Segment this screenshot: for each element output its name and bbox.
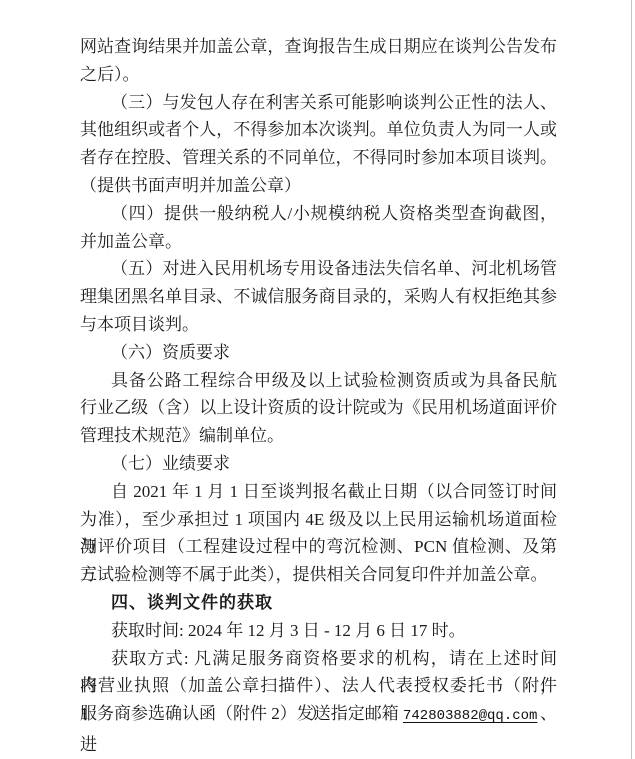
text-line: 网站查询结果并加盖公章，查询报告生成日期应在谈判公告发布 [80,33,557,61]
text-line: 管理技术规范》编制单位。 [80,422,557,450]
text-line: （三）与发包人存在利害关系可能影响谈判公正性的法人、 [80,89,557,117]
text-segment: 服务商参选确认函（附件 2）发送指定邮箱 [80,704,403,723]
section-heading: 四、谈判文件的获取 [80,589,557,617]
text-line: 行业乙级（含）以上设计资质的设计院或为《民用机场道面评价 [80,394,557,422]
text-line: （四）提供一般纳税人/小规模纳税人资格类型查询截图， [80,200,557,228]
text-line: （提供书面声明并加盖公章） [80,172,557,200]
text-line: （七）业绩要求 [80,450,557,478]
text-line: 并加盖公章。 [80,228,557,256]
text-line: 具备公路工程综合甲级及以上试验检测资质或为具备民航 [80,367,557,395]
text-line: 者存在控股、管理关系的不同单位，不得同时参加本项目谈判。 [80,144,557,172]
text-line: 自 2021 年 1 月 1 日至谈判报名截止日期（以合同签订时间 [80,478,557,506]
text-line: 方试验检测等不属于此类），提供相关合同复印件并加盖公章。 [80,561,557,589]
text-line: 获取方式: 凡满足服务商资格要求的机构，请在上述时间内， [80,645,557,673]
text-line: （六）资质要求 [80,339,557,367]
text-line: 之后）。 [80,61,557,89]
document-page: 网站查询结果并加盖公章，查询报告生成日期应在谈判公告发布之后）。（三）与发包人存… [0,0,635,759]
email-link[interactable]: 742803882@qq.com [403,708,537,724]
text-line: 与评价项目（工程建设过程中的弯沉检测、PCN 值检测、及第三 [80,533,557,561]
text-column: 网站查询结果并加盖公章，查询报告生成日期应在谈判公告发布之后）。（三）与发包人存… [80,33,557,728]
text-line: 与本项目谈判。 [80,311,557,339]
page-edge-divider [631,0,632,759]
text-line: 理集团黑名单目录、不诚信服务商目录的，采购人有权拒绝其参 [80,283,557,311]
text-line: 服务商参选确认函（附件 2）发送指定邮箱 742803882@qq.com 进 [80,700,557,728]
text-line: 其他组织或者个人，不得参加本次谈判。单位负责人为同一人或 [80,116,557,144]
text-line: 获取时间: 2024 年 12 月 3 日 - 12 月 6 日 17 时。 [80,617,557,645]
text-line: （五）对进入民用机场专用设备违法失信名单、河北机场管 [80,255,557,283]
text-line: 将营业执照（加盖公章扫描件）、法人代表授权委托书（附件 1）、 [80,672,557,700]
text-segment: 进 [80,735,97,754]
text-line: 为准），至少承担过 1 项国内 4E 级及以上民用运输机场道面检测 [80,506,557,534]
